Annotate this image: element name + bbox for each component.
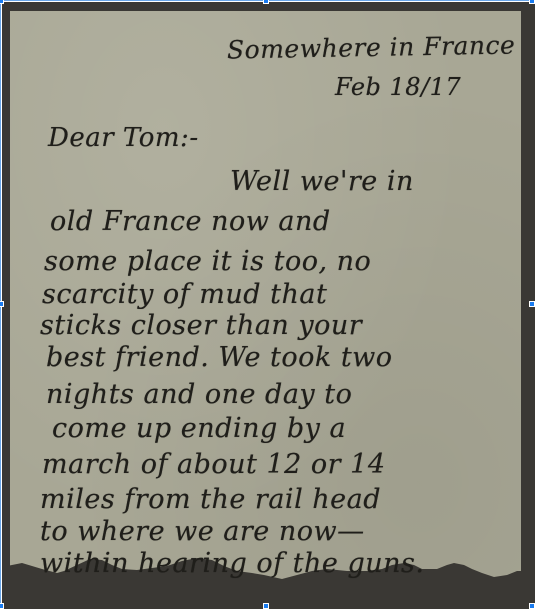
letter-line: come up ending by a xyxy=(52,415,346,442)
selected-image-frame[interactable]: Somewhere in France Feb 18/17 Dear Tom:-… xyxy=(0,0,535,609)
letter-date: Feb 18/17 xyxy=(335,75,461,99)
letter-line: within hearing of the guns. xyxy=(40,550,425,577)
letter-line: nights and one day to xyxy=(46,381,352,408)
resize-handle-bottom-center[interactable] xyxy=(263,603,269,609)
resize-handle-bottom-right[interactable] xyxy=(529,603,535,609)
resize-handle-bottom-left[interactable] xyxy=(0,603,4,609)
letter-place: Somewhere in France xyxy=(227,32,516,62)
letter-line: to where we are now— xyxy=(40,518,365,545)
resize-handle-middle-right[interactable] xyxy=(529,301,535,307)
resize-handle-top-center[interactable] xyxy=(263,0,269,4)
letter-line: scarcity of mud that xyxy=(42,281,327,308)
letter-line: old France now and xyxy=(50,208,331,235)
resize-handle-middle-left[interactable] xyxy=(0,301,4,307)
letter-line: some place it is too, no xyxy=(44,248,371,275)
letter-line: Well we're in xyxy=(230,168,414,195)
letter-line: miles from the rail head xyxy=(40,486,381,513)
resize-handle-top-right[interactable] xyxy=(529,0,535,4)
resize-handle-top-left[interactable] xyxy=(0,0,4,4)
letter-scan-image: Somewhere in France Feb 18/17 Dear Tom:-… xyxy=(2,2,535,609)
letter-line: best friend. We took two xyxy=(46,344,393,371)
letter-line: march of about 12 or 14 xyxy=(42,451,386,478)
letter-salutation: Dear Tom:- xyxy=(48,125,199,151)
letter-line: sticks closer than your xyxy=(40,312,362,339)
